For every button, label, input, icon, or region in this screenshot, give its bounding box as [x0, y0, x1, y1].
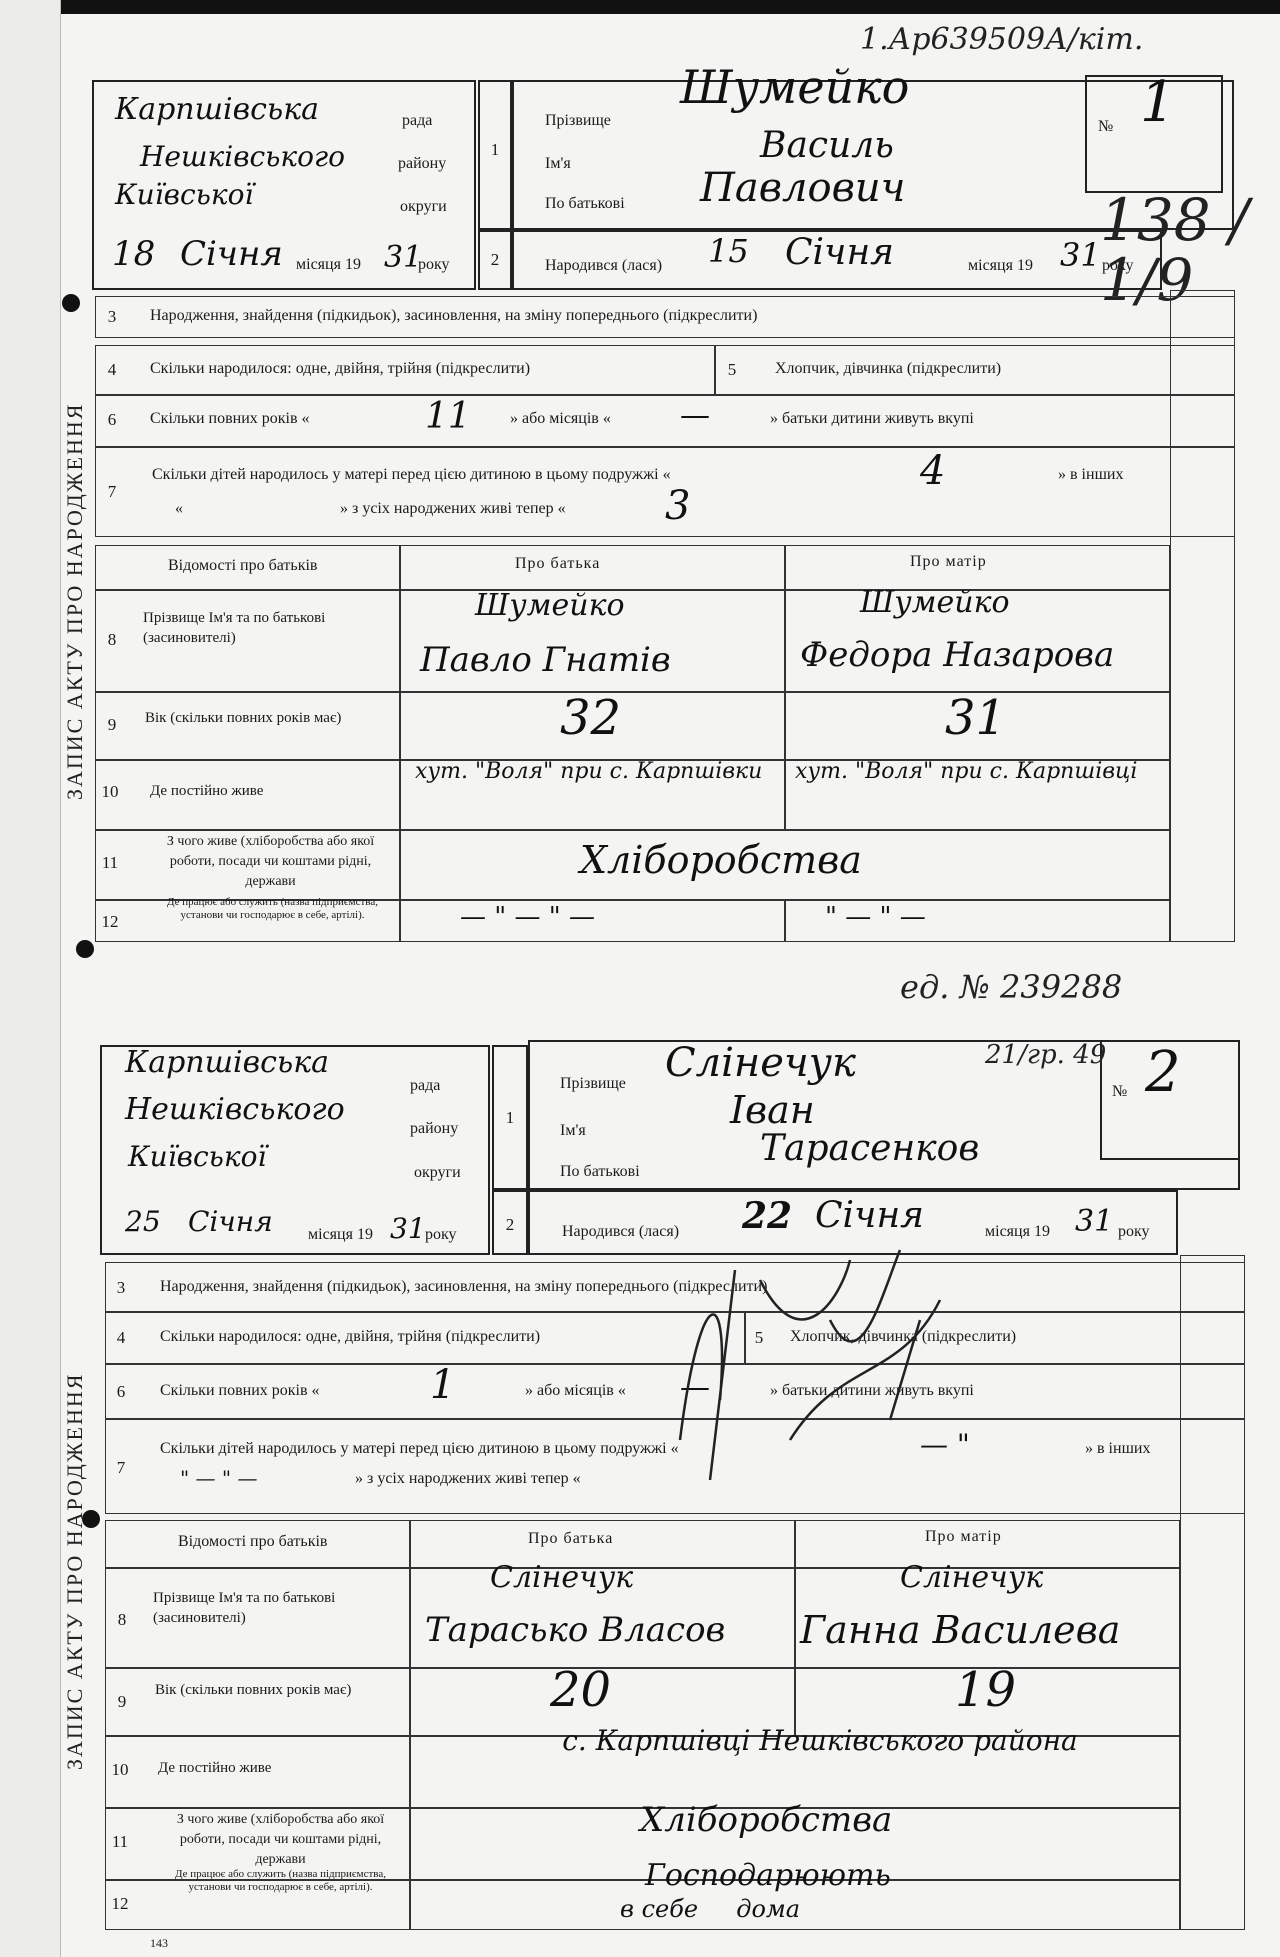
name-label: Ім'я — [560, 1122, 586, 1140]
number-label: № — [1098, 118, 1113, 136]
parents-header: Відомості про батьків — [168, 557, 317, 575]
okruh-value: Київської — [128, 1140, 266, 1173]
child-patronymic: Павлович — [700, 165, 906, 211]
sex-label: Хлопчик, дівчинка (підкреслити) — [775, 360, 1001, 378]
punch-hole — [76, 940, 94, 958]
row-number-2: 2 — [481, 250, 509, 270]
adjacent-page-edge — [0, 0, 61, 1957]
reg-day-value: 25 — [125, 1205, 161, 1238]
rada-label: рада — [402, 112, 432, 130]
raion-label: району — [398, 155, 446, 173]
row-number-7: 7 — [107, 1458, 135, 1478]
livelihood-label: З чого живе (хліборобства або якої робот… — [158, 1810, 403, 1870]
months-label: » або місяців « — [510, 410, 611, 428]
okruh-label: округи — [400, 198, 447, 216]
alive-label: » з усіх народжених живі тепер « — [340, 500, 566, 518]
children-this-marriage: 4 — [920, 448, 945, 494]
other-label: » в інших — [1085, 1440, 1150, 1458]
work-label: Де працює або служить (назва підприємств… — [158, 1868, 403, 1894]
year-label: року — [418, 256, 450, 274]
born-label: Народився (лася) — [545, 257, 662, 275]
row-number-1: 1 — [481, 140, 509, 160]
mother-header: Про матір — [925, 1528, 1002, 1546]
rada-value: Карпшівська — [115, 92, 319, 127]
row-number-1: 1 — [496, 1108, 524, 1128]
mother-residence: хут. "Воля" при с. Карпшівці — [795, 755, 1175, 789]
year-label: року — [425, 1226, 457, 1244]
work-label: Де працює або служить (назва підприємств… — [150, 896, 395, 922]
number-label: № — [1112, 1083, 1127, 1101]
children-alive: 3 — [665, 483, 690, 529]
row-number-8: 8 — [108, 1610, 136, 1630]
month-label: місяця 19 — [296, 256, 361, 274]
name-label: Ім'я — [545, 155, 571, 173]
child-surname: Слінечук — [665, 1040, 856, 1086]
father-work: — " — " — — [460, 902, 595, 932]
residence-label: Де постійно живе — [150, 783, 263, 800]
row-number-11: 11 — [106, 1832, 134, 1852]
count-born-label: Скільки народилося: одне, двійня, трійня… — [160, 1328, 540, 1346]
years-together-label: Скільки повних років « — [160, 1382, 320, 1400]
month-label: місяця 19 — [985, 1223, 1050, 1241]
mother-age: 31 — [945, 690, 1006, 746]
month-label: місяця 19 — [968, 257, 1033, 275]
side-title-record-1: ЗАПИС АКТУ ПРО НАРОДЖЕННЯ — [62, 240, 88, 800]
years-together-label: Скільки повних років « — [150, 410, 310, 428]
row-number-10: 10 — [106, 1760, 134, 1780]
age-label: Вік (скільки повних років має) — [145, 708, 385, 728]
mother-surname: Шумейко — [860, 585, 1010, 620]
scan-top-edge — [0, 0, 1280, 14]
birth-day: 22 — [742, 1195, 792, 1237]
row-number-12: 12 — [96, 912, 124, 932]
father-header: Про батька — [528, 1530, 613, 1548]
reg-day-value: 18 — [112, 234, 155, 274]
father-header: Про батька — [515, 555, 600, 573]
father-age: 32 — [560, 690, 621, 746]
father-residence: хут. "Воля" при с. Карпшівки — [415, 755, 775, 789]
father-surname: Шумейко — [475, 588, 625, 623]
mother-name: Федора Назарова — [800, 635, 1114, 675]
birth-month: Січня — [785, 232, 894, 273]
okruh-value: Київської — [115, 178, 253, 211]
row-number-3: 3 — [98, 307, 126, 327]
prior-children-label: Скільки дітей народилось у матері перед … — [152, 466, 671, 484]
years-together: 1 — [430, 1362, 455, 1408]
father-name: Тарасько Власов — [425, 1610, 725, 1650]
parent-name-label: Прізвище Ім'я та по батькові (засиновите… — [153, 1588, 343, 1628]
row-number-5: 5 — [718, 360, 746, 380]
scribble-overwrite — [640, 1240, 990, 1500]
row-number-9: 9 — [98, 715, 126, 735]
birth-year: 31 — [1060, 236, 1101, 274]
row-number-12: 12 — [106, 1894, 134, 1914]
patronymic-label: По батькові — [545, 195, 625, 213]
mother-age: 19 — [955, 1662, 1016, 1718]
punch-hole — [82, 1510, 100, 1528]
age-label: Вік (скільки повних років має) — [155, 1680, 395, 1700]
reg-month-value: Січня — [180, 234, 283, 274]
months-label: » або місяців « — [525, 1382, 626, 1400]
parents-header: Відомості про батьків — [178, 1533, 327, 1551]
row-number-2: 2 — [496, 1215, 524, 1235]
surname-label: Прізвище — [560, 1075, 626, 1093]
raion-value: Нешківського — [140, 140, 345, 173]
reg-month-value: Січня — [188, 1205, 273, 1238]
row-number-6: 6 — [107, 1382, 135, 1402]
residence: с. Карпшівці Нешківського района — [560, 1722, 1080, 1760]
row-number-10: 10 — [96, 782, 124, 802]
mother-name: Ганна Василева — [800, 1608, 1120, 1652]
rada-value: Карпшівська — [125, 1045, 329, 1080]
years-together: 11 — [425, 396, 471, 437]
father-age: 20 — [550, 1662, 611, 1718]
other-label: » в інших — [1058, 466, 1123, 484]
child-name: Василь — [760, 125, 894, 166]
surname-note: 21/гр. 49 — [985, 1040, 1106, 1070]
reg-year-value: 31 — [384, 240, 422, 275]
livelihood-label: З чого живе (хліборобства або якої робот… — [148, 832, 393, 892]
parent-name-label: Прізвище Ім'я та по батькові (засиновите… — [143, 608, 333, 648]
side-title-record-2: ЗАПИС АКТУ ПРО НАРОДЖЕННЯ — [62, 1210, 88, 1770]
residence-label: Де постійно живе — [158, 1760, 271, 1777]
year-label: року — [1118, 1223, 1150, 1241]
father-name: Павло Гнатів — [420, 640, 671, 680]
work-line-2: в себе дома — [620, 1895, 800, 1923]
work-line-1: Господарюють — [645, 1858, 891, 1893]
row-number-9: 9 — [108, 1692, 136, 1712]
count-born-label: Скільки народилося: одне, двійня, трійня… — [150, 360, 530, 378]
raion-value: Нешківського — [125, 1092, 345, 1127]
child-name: Іван — [730, 1088, 815, 1132]
rada-label: рада — [410, 1077, 440, 1095]
row-9 — [105, 1668, 410, 1736]
livelihood: Хліборобства — [580, 838, 862, 882]
archive-number: 1.Ар639509А/кіт. — [860, 22, 1143, 57]
right-margin-column — [1180, 1255, 1245, 1930]
children-other: " — " — — [180, 1466, 257, 1490]
record-number: 1 — [1140, 70, 1176, 135]
birth-month: Січня — [815, 1195, 924, 1236]
mother-surname: Слінечук — [900, 1560, 1043, 1595]
surname-label: Прізвище — [545, 112, 611, 130]
row-number-4: 4 — [98, 360, 126, 380]
row-number-4: 4 — [107, 1328, 135, 1348]
livelihood: Хліборобства — [640, 1800, 892, 1840]
right-margin-column — [1170, 290, 1235, 942]
archive-number: ед. № 239288 — [900, 968, 1122, 1006]
okruh-label: округи — [414, 1164, 461, 1182]
birth-type-label: Народження, знайдення (підкидьок), засин… — [150, 307, 757, 325]
child-patronymic: Тарасенков — [760, 1128, 979, 1169]
patronymic-label: По батькові — [560, 1163, 640, 1181]
birth-year: 31 — [1075, 1204, 1113, 1239]
mother-work: " — " — — [825, 902, 926, 932]
punch-hole — [62, 294, 80, 312]
row-number-11: 11 — [96, 853, 124, 873]
row-number-8: 8 — [98, 630, 126, 650]
row-number-7: 7 — [98, 482, 126, 502]
record-number: 2 — [1145, 1040, 1181, 1105]
months-together: — — [680, 398, 710, 433]
row-number-3: 3 — [107, 1278, 135, 1298]
raion-label: району — [410, 1120, 458, 1138]
prior-children-label: Скільки дітей народилось у матері перед … — [160, 1440, 679, 1458]
child-surname: Шумейко — [680, 60, 909, 114]
birth-day: 15 — [708, 232, 749, 270]
mother-header: Про матір — [910, 553, 987, 571]
father-surname: Слінечук — [490, 1560, 633, 1595]
reg-year-value: 31 — [390, 1212, 426, 1245]
page-corner-number: 143 — [150, 1936, 168, 1951]
born-label: Народився (лася) — [562, 1223, 679, 1241]
parents-together-label: » батьки дитини живуть вкупі — [770, 410, 974, 428]
row-number-6: 6 — [98, 410, 126, 430]
alive-label: » з усіх народжених живі тепер « — [355, 1470, 581, 1488]
month-label: місяця 19 — [308, 1226, 373, 1244]
